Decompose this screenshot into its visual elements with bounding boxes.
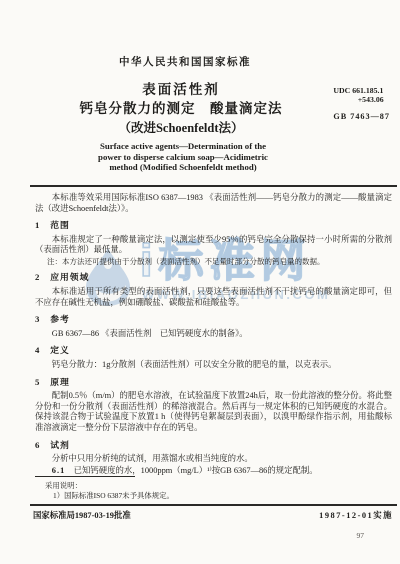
section-5-heading: 5 原理 [35, 377, 392, 388]
footer-row: 国家标准局1987-03-19批准 1987-12-01实施 [33, 509, 393, 521]
english-title-line1: Surface active agents—Determination of t… [0, 141, 366, 152]
english-title-line2: power to disperse calcium soap—Acidimetr… [0, 152, 366, 163]
section-5-paragraph: 配制0.5％（m/m）的肥皂水溶液，在试验温度下放置24h后，取一份此溶液的整分… [35, 391, 392, 433]
implementation-date: 1987-12-01实施 [319, 509, 393, 521]
section-1-heading: 1 范围 [35, 220, 392, 231]
section-6-paragraph: 分析中只用分析纯的试剂，用蒸馏水或相当纯度的水。 [35, 454, 392, 465]
section-2-paragraph: 本标准适用于所有类型的表面活性剂，只要这些表面活性剂不干扰钙皂的酸量滴定即可，但… [35, 287, 392, 308]
section-6-heading: 6 试剂 [35, 440, 392, 451]
title-line1: 表面活性剂 [0, 80, 362, 99]
udc-number-line2: +543.06 [333, 95, 390, 104]
clause-6-1: 6.1 已知钙硬度的水，1000ppm（mg/L）¹⁾按GB 6367—86的规… [35, 466, 392, 477]
document-body: 本标准等效采用国际标准ISO 6387—1983 《表面活性剂——钙皂分散力的测… [35, 193, 392, 476]
section-3-heading: 3 参考 [35, 314, 392, 325]
english-title: Surface active agents—Determination of t… [0, 141, 366, 173]
section-1-paragraph: 本标准规定了一种酸量滴定法，以测定使至少95％的钙皂完全分散保持一小时所需的分散… [35, 235, 392, 256]
footnote-rule [35, 476, 135, 477]
clause-6-1-number: 6.1 [52, 466, 65, 475]
title-divider-rule [30, 185, 397, 187]
code-block: UDC 661.185.1 +543.06 GB 7463—87 [333, 86, 390, 121]
clause-6-1-text: 已知钙硬度的水，1000ppm（mg/L）¹⁾按GB 6367—86的规定配制。 [74, 466, 318, 475]
national-standard-header: 中华人民共和国国家标准 [0, 54, 370, 69]
footnote-item-1: 1）国际标准ISO 6387未予具体规定。 [35, 491, 335, 501]
footnote-block: 采用说明： 1）国际标准ISO 6387未予具体规定。 [35, 476, 335, 500]
title-line3: （改进Schoenfeldt法） [0, 119, 362, 138]
standard-document-page: i标准网 WWW.IBIAOZHUN.COM 中华人民共和国国家标准 表面活性剂… [0, 0, 400, 564]
section-1-note: 注：本方法还可提供由于分散剂（表面活性剂）不足量时部分分散的钙皂量的数据。 [35, 257, 392, 267]
page-number: 97 [357, 531, 365, 540]
footer-divider-rule [30, 504, 397, 506]
section-2-heading: 2 应用领域 [35, 272, 392, 283]
approval-date: 国家标准局1987-03-19批准 [33, 509, 131, 521]
title-line2: 钙皂分散力的测定 酸量滴定法 [0, 99, 362, 119]
english-title-line3: method (Modified Schoenfeldt method) [0, 162, 366, 173]
udc-number-line1: UDC 661.185.1 [333, 86, 390, 95]
footnote-label: 采用说明： [35, 481, 335, 491]
section-4-paragraph: 钙皂分散力：1g分散剂（表面活性剂）可以安全分散的肥皂的量，以克表示。 [35, 360, 392, 371]
title-block: 表面活性剂 钙皂分散力的测定 酸量滴定法 （改进Schoenfeldt法） [0, 80, 362, 138]
standard-number: GB 7463—87 [333, 112, 390, 121]
intro-paragraph: 本标准等效采用国际标准ISO 6387—1983 《表面活性剂——钙皂分散力的测… [35, 193, 392, 214]
section-3-paragraph: GB 6367—86 《表面活性剂 已知钙硬度水的制备》。 [35, 329, 392, 340]
section-4-heading: 4 定义 [35, 345, 392, 356]
